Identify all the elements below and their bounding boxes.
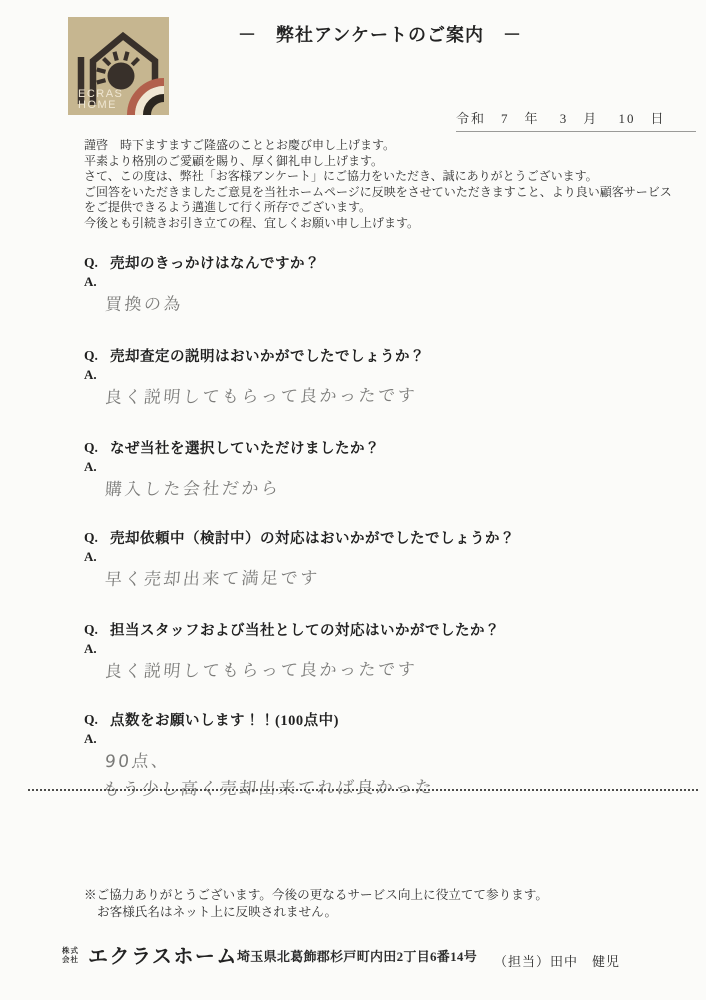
question-text: 売却査定の説明はおいかがでしたでしょうか？ [110,348,425,366]
company-type-bottom: 会社 [62,956,79,965]
greeting-paragraph: 謹啓 時下ますますご隆盛のこととお慶び申し上げます。 平素より格別のご愛顧を賜り… [84,138,698,232]
question-row: Q. 点数をお願いします！！(100点中) [84,712,676,730]
footer-note-2: お客様氏名はネット上に反映されません。 [84,904,548,921]
question-row: Q. 担当スタッフおよび当社としての対応はいかがでしたか？ [84,622,676,640]
handwritten-answer: 早く売却出来て満足です [104,562,677,594]
handwritten-answer: 90点、 もう少し高く売却出来てれば良かった [101,744,676,804]
date-text: 令和 7 年 3 月 10 日 [456,111,666,126]
question-text: 売却のきっかけはなんですか？ [110,255,320,273]
qa-block-2: Q. 売却査定の説明はおいかがでしたでしょうか？ A. 良く説明してもらって良か… [84,348,676,412]
question-row: Q. なぜ当社を選択していただけましたか？ [84,440,676,458]
qa-block-5: Q. 担当スタッフおよび当社としての対応はいかがでしたか？ A. 良く説明しても… [84,622,676,686]
dotted-separator [28,789,698,791]
handwritten-answer: 購入した会社だから [104,472,677,504]
question-label: Q. [84,622,110,638]
question-label: Q. [84,712,110,728]
question-label: Q. [84,530,110,546]
survey-document-page: ECRAS HOME － 弊社アンケートのご案内 － 令和 7 年 3 月 10… [0,0,706,1000]
footer-notes: ※ご協力ありがとうございます。今後の更なるサービス向上に役立てて参ります。 お客… [84,887,548,920]
qa-block-1: Q. 売却のきっかけはなんですか？ A. 買換の為 [84,255,676,319]
question-text: 売却依頼中（検討中）の対応はおいかがでしたでしょうか？ [110,530,515,548]
company-type-label: 株式 会社 [62,947,79,964]
question-label: Q. [84,348,110,364]
qa-block-3: Q. なぜ当社を選択していただけましたか？ A. 購入した会社だから [84,440,676,504]
page-title: － 弊社アンケートのご案内 － [54,21,706,47]
question-row: Q. 売却査定の説明はおいかがでしたでしょうか？ [84,348,676,366]
logo-text-bottom: HOME [78,99,117,111]
handwritten-answer: 買換の為 [104,287,677,319]
company-contact: （担当）田中 健児 [494,951,620,970]
question-row: Q. 売却依頼中（検討中）の対応はおいかがでしたでしょうか？ [84,530,676,548]
question-label: Q. [84,440,110,456]
question-text: 点数をお願いします！！(100点中) [110,712,339,730]
logo-text: ECRAS HOME [78,88,123,111]
document-date: 令和 7 年 3 月 10 日 [456,108,696,132]
question-row: Q. 売却のきっかけはなんですか？ [84,255,676,273]
company-address: 埼玉県北葛飾郡杉戸町内田2丁目6番14号 [237,946,477,965]
footer-note-1: ※ご協力ありがとうございます。今後の更なるサービス向上に役立てて参ります。 [84,887,548,904]
question-text: 担当スタッフおよび当社としての対応はいかがでしたか？ [110,622,500,640]
handwritten-answer: 良く説明してもらって良かったです [104,654,677,686]
handwritten-answer: 良く説明してもらって良かったです [104,380,677,412]
question-text: なぜ当社を選択していただけましたか？ [110,440,380,458]
question-label: Q. [84,255,110,271]
qa-block-4: Q. 売却依頼中（検討中）の対応はおいかがでしたでしょうか？ A. 早く売却出来… [84,530,676,594]
company-name: エクラスホーム [88,940,238,969]
